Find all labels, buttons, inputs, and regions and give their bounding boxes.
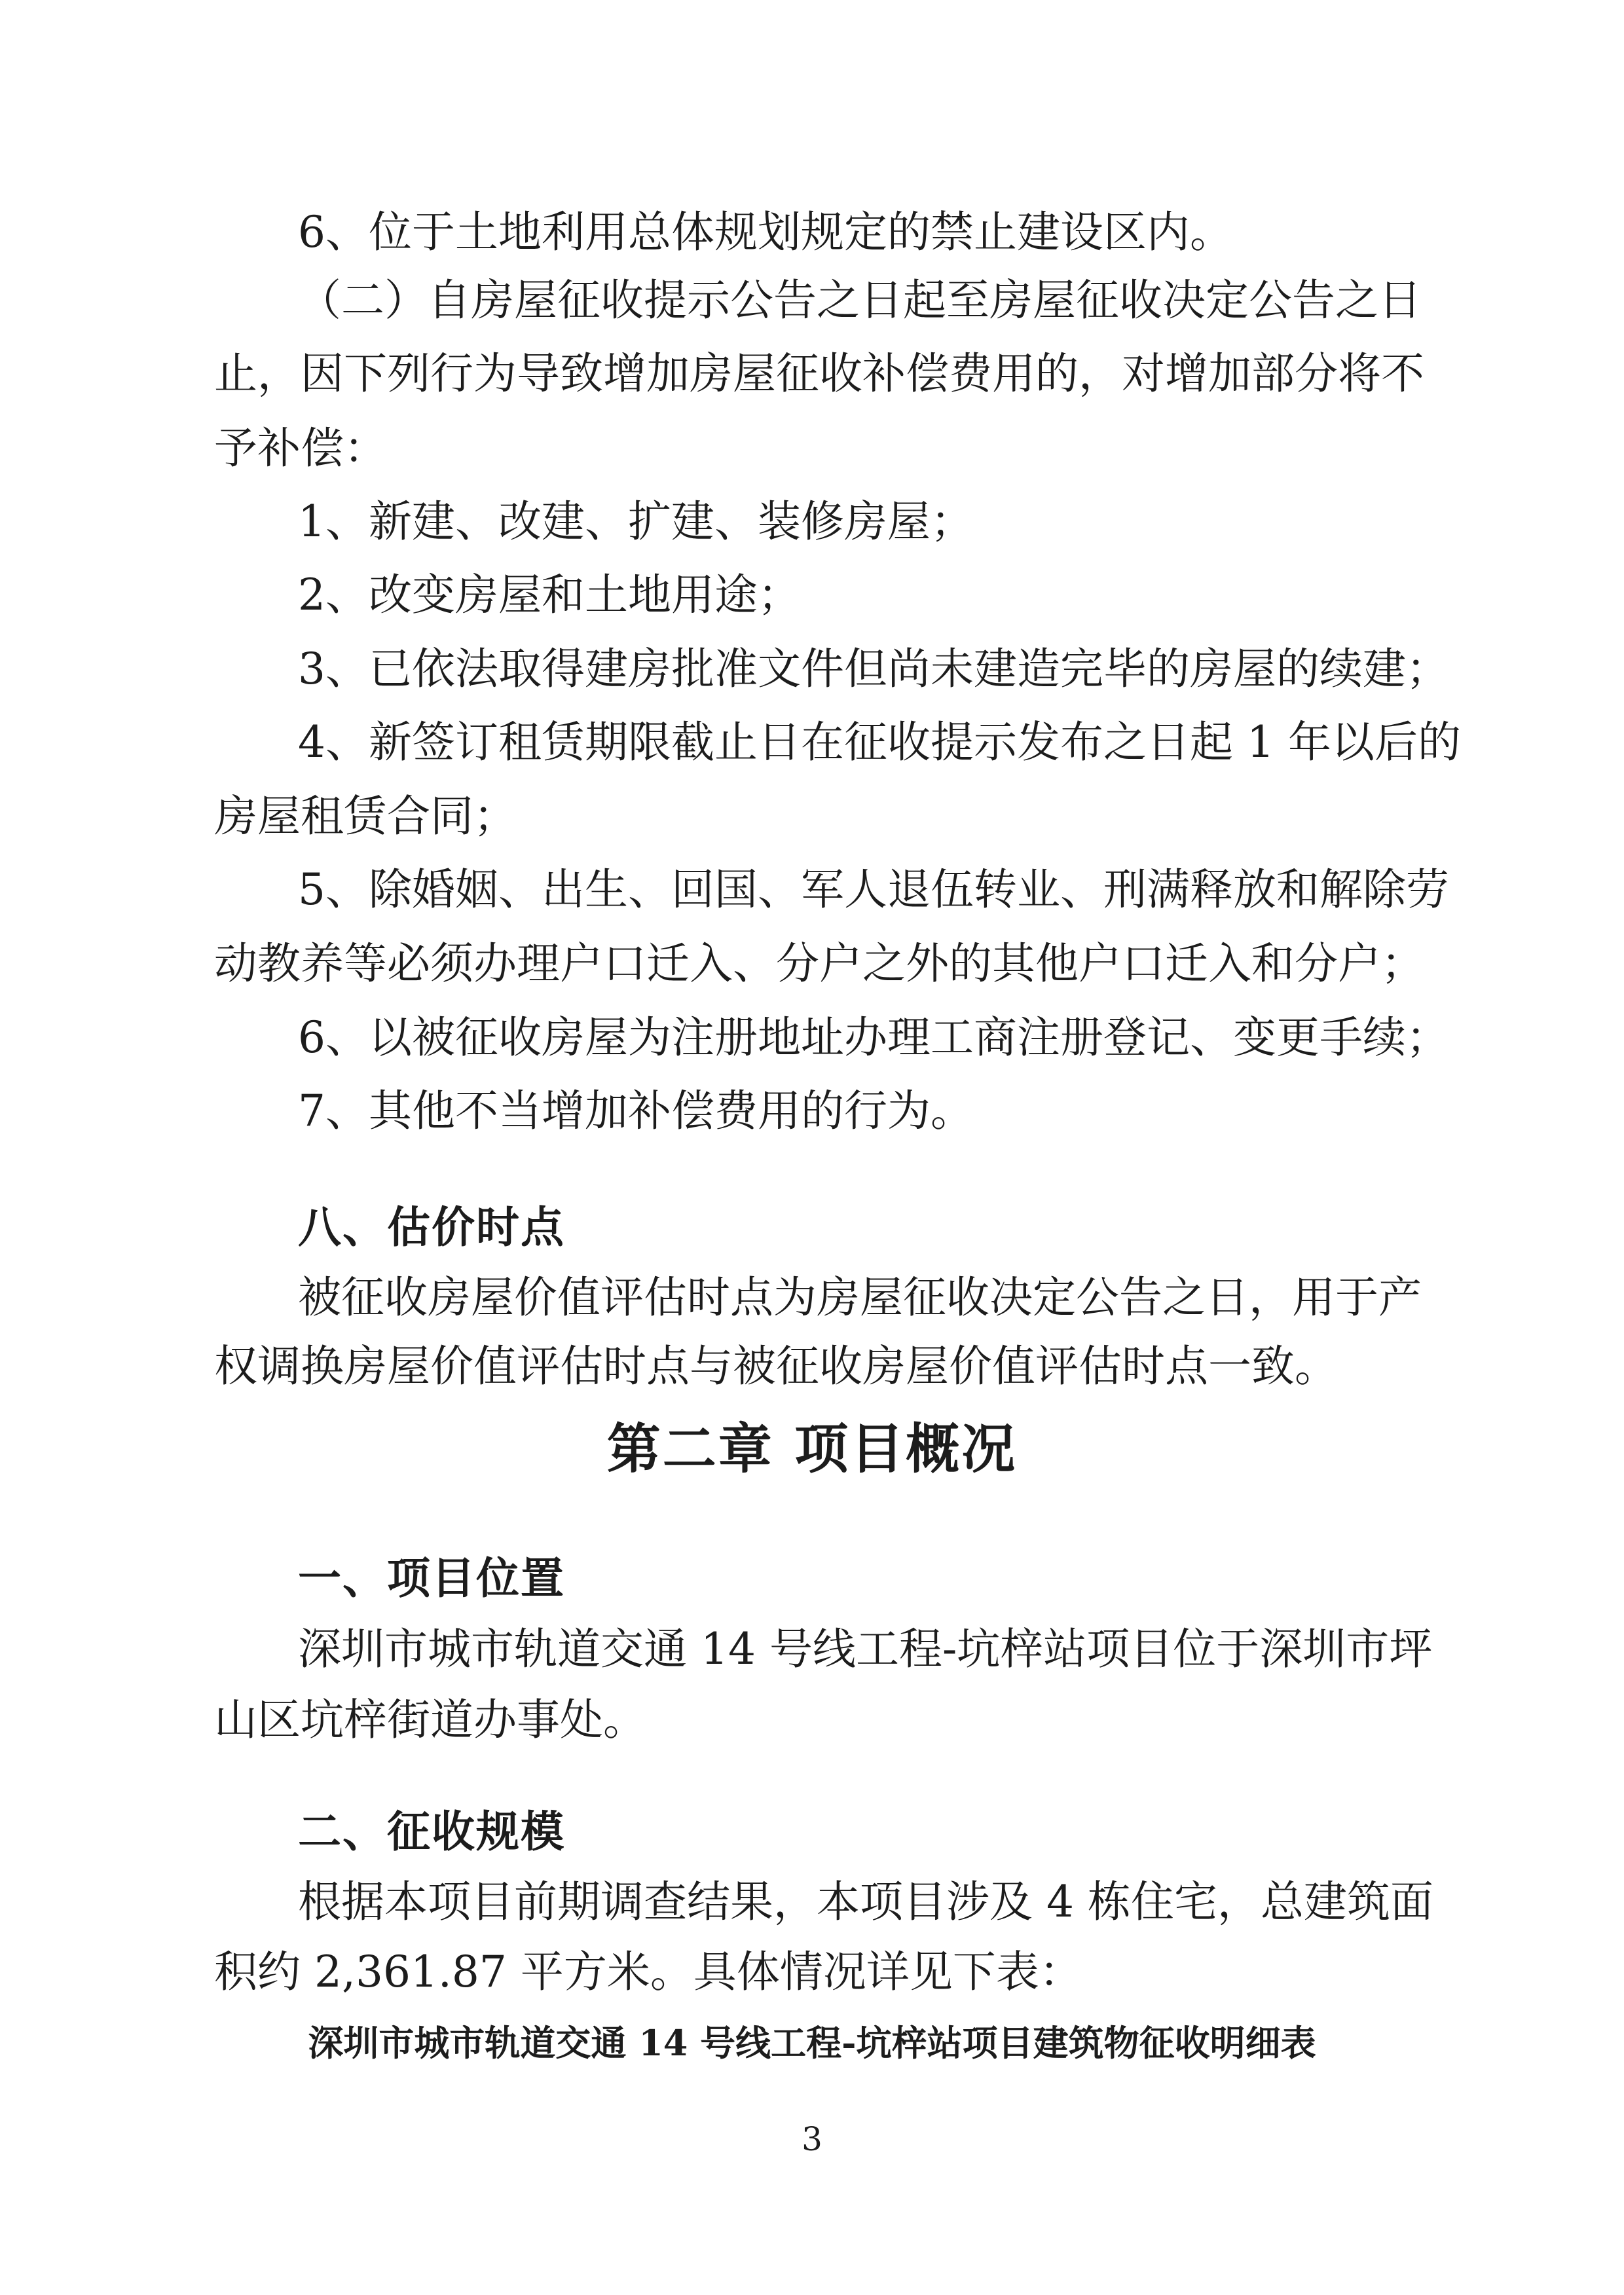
list-item-4-line-1: 4、新签订租赁期限截止日在征收提示发布之日起 1 年以后的 <box>298 721 1461 764</box>
paragraph-location-line-2: 山区坑梓街道办事处。 <box>214 1698 646 1742</box>
section-heading-appraisal-time: 八、估价时点 <box>298 1205 565 1249</box>
paragraph-scale-line-1: 根据本项目前期调查结果，本项目涉及 4 栋住宅，总建筑面 <box>298 1881 1433 1924</box>
paragraph-scale-line-2: 积约 2,361.87 平方米。具体情况详见下表： <box>214 1951 1082 1994</box>
document-page: 6、位于土地利用总体规划规定的禁止建设区内。 （二）自房屋征收提示公告之日起至房… <box>0 0 1624 2295</box>
paragraph-two-line-2: 止，因下列行为导致增加房屋征收补偿费用的，对增加部分将不 <box>214 352 1424 395</box>
list-item-7: 7、其他不当增加补偿费用的行为。 <box>298 1090 974 1133</box>
paragraph-appraisal-line-1: 被征收房屋价值评估时点为房屋征收决定公告之日，用于产 <box>298 1276 1422 1319</box>
table-caption: 深圳市城市轨道交通 14 号线工程-坑梓站项目建筑物征收明细表 <box>0 2025 1624 2061</box>
list-item-4-line-2: 房屋租赁合同； <box>214 795 517 838</box>
paragraph-two-line-1: （二）自房屋征收提示公告之日起至房屋征收决定公告之日 <box>298 279 1422 322</box>
list-item-1: 1、新建、改建、扩建、装修房屋； <box>298 500 974 543</box>
section-heading-project-location: 一、项目位置 <box>298 1556 565 1600</box>
section-heading-expropriation-scale: 二、征收规模 <box>298 1810 565 1853</box>
paragraph-location-line-1: 深圳市城市轨道交通 14 号线工程-坑梓站项目位于深圳市坪 <box>298 1628 1432 1671</box>
list-item-5-line-1: 5、除婚姻、出生、回国、军人退伍转业、刑满释放和解除劳 <box>298 868 1449 911</box>
paragraph-appraisal-line-2: 权调换房屋价值评估时点与被征收房屋价值评估时点一致。 <box>214 1345 1338 1388</box>
paragraph-two-line-3: 予补偿： <box>214 427 387 470</box>
list-item-2: 2、改变房屋和土地用途； <box>298 574 801 617</box>
chapter-two-heading: 第二章 项目概况 <box>0 1422 1624 1476</box>
list-item-6-prohibited-zone: 6、位于土地利用总体规划规定的禁止建设区内。 <box>298 211 1233 254</box>
list-item-6-registration: 6、以被征收房屋为注册地址办理工商注册登记、变更手续； <box>298 1016 1449 1059</box>
page-number: 3 <box>0 2123 1624 2156</box>
list-item-3: 3、已依法取得建房批准文件但尚未建造完毕的房屋的续建； <box>298 648 1449 691</box>
list-item-5-line-2: 动教养等必须办理户口迁入、分户之外的其他户口迁入和分户； <box>214 942 1424 985</box>
